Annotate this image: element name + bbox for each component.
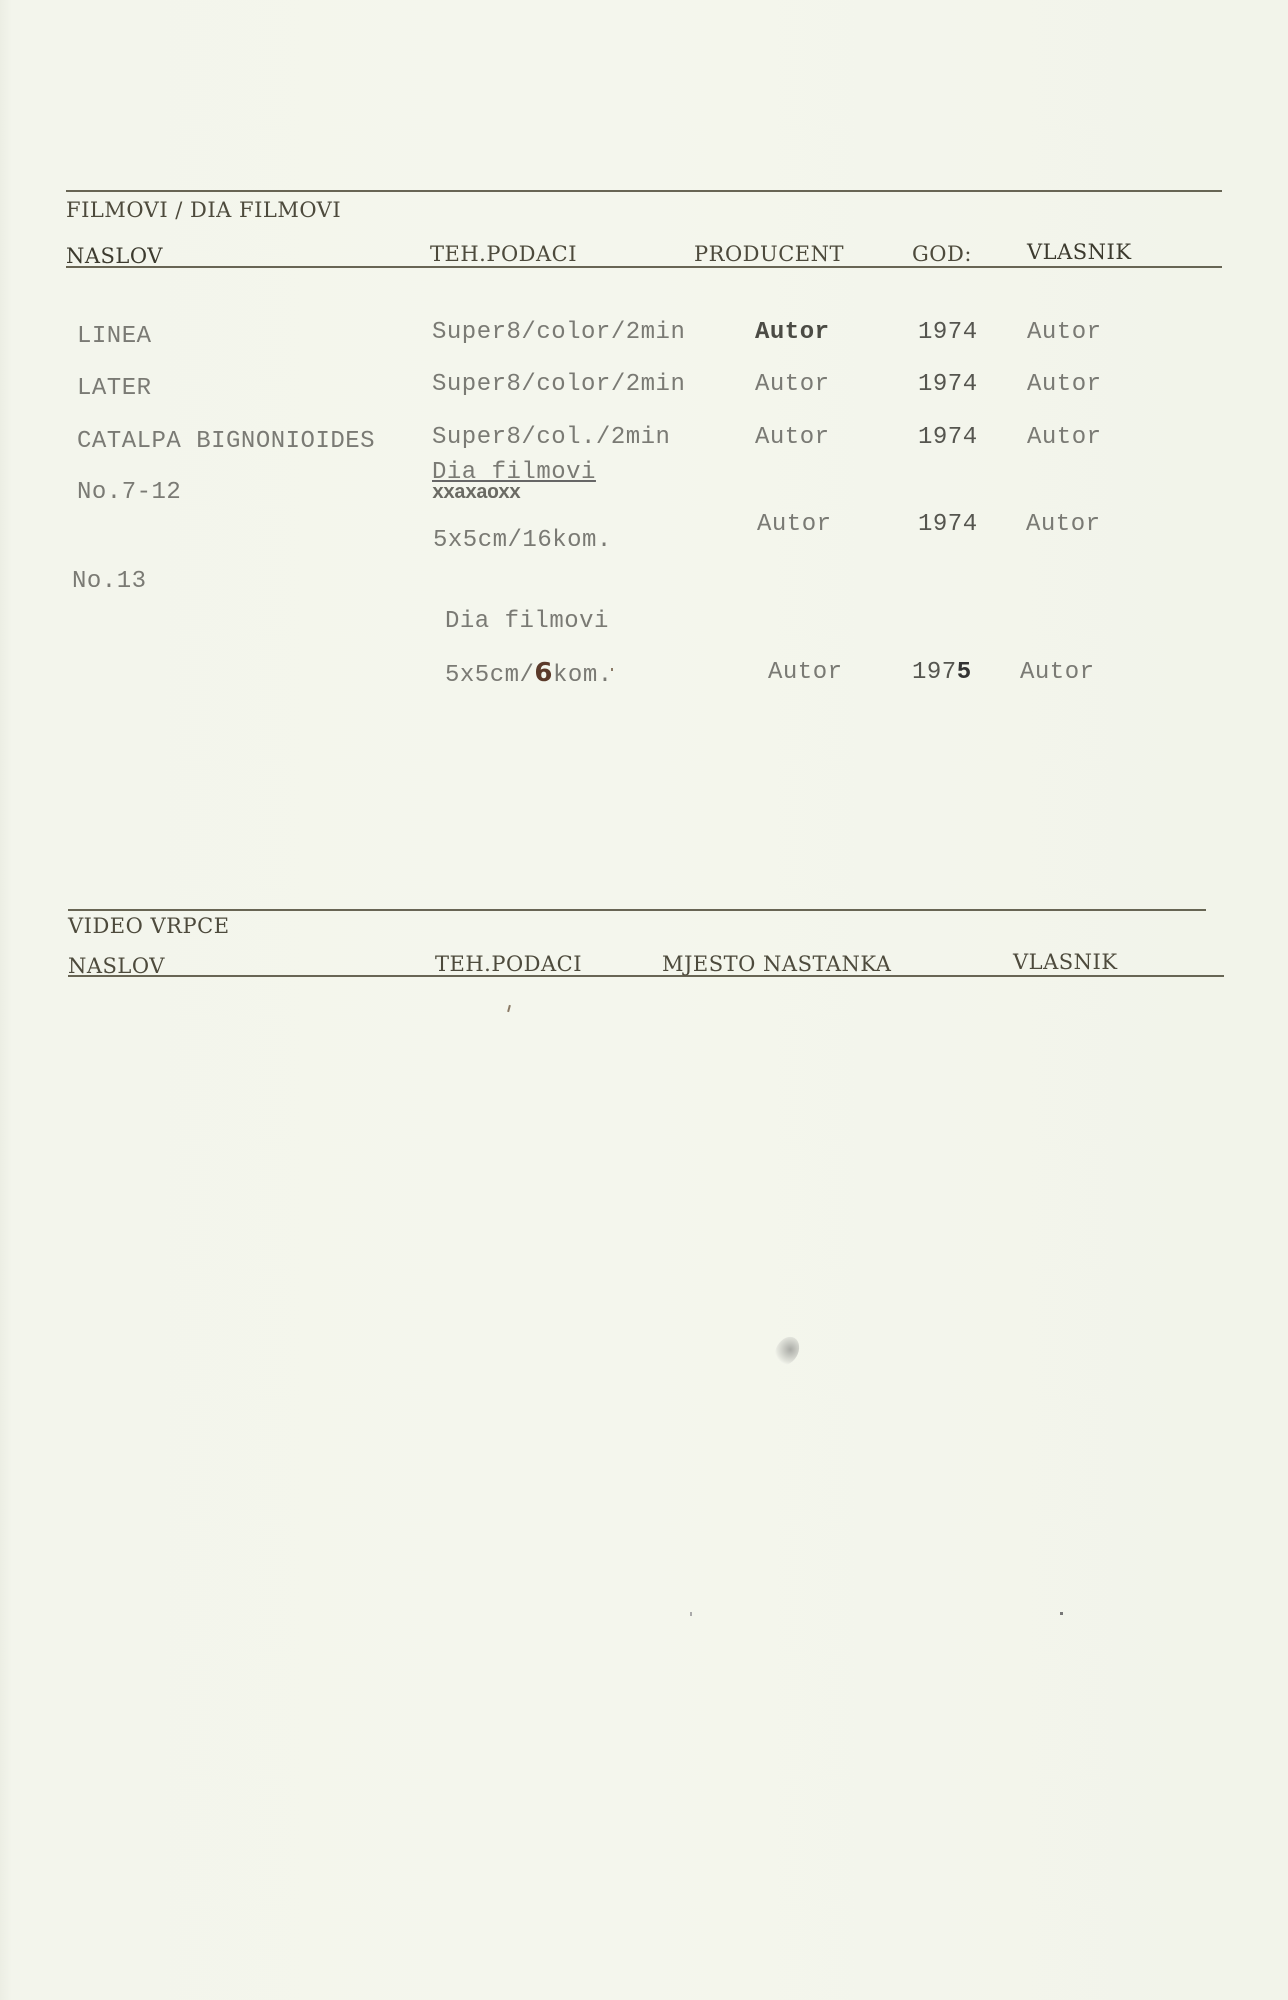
tech-prefix: 5x5cm/ [445, 662, 534, 689]
year-corrected-digit: 5 [957, 659, 972, 686]
row-tech-line2: 5x5cm/6kom. [445, 659, 613, 690]
handwritten-correction: 6 [534, 658, 553, 688]
row-tech: Super8/col./2min [432, 424, 670, 452]
row-title: LINEA [77, 323, 152, 351]
row-tech: Super8/color/2min [432, 371, 685, 399]
paper-speck [507, 1005, 511, 1012]
row-tech-line2: 5x5cm/16kom. [433, 527, 612, 555]
video-column-header-owner: VLASNIK [1013, 948, 1118, 976]
row-tech-struck-text: xxaxaoxx [432, 480, 520, 508]
section-title-films: FILMOVI / DIA FILMOVI [66, 196, 341, 224]
column-header-owner: VLASNIK [1027, 238, 1132, 266]
row-year: 1975 [912, 659, 972, 687]
row-year: 1974 [918, 371, 978, 399]
row-owner: Autor [1027, 424, 1102, 452]
row-producer: Autor [755, 371, 830, 399]
row-year: 1974 [918, 511, 978, 539]
tech-suffix: kom. [553, 662, 613, 689]
row-producer: Autor [768, 659, 843, 687]
row-owner: Autor [1026, 511, 1101, 539]
column-header-producer: PRODUCENT [694, 240, 844, 268]
typed-document-page: FILMOVI / DIA FILMOVI NASLOV TEH.PODACI … [0, 0, 1288, 2000]
row-owner: Autor [1027, 371, 1102, 399]
row-producer-overtyped: Autor [755, 319, 830, 347]
video-column-header-tech: TEH.PODACI [435, 950, 582, 978]
column-header-year: GOD: [912, 240, 972, 268]
paper-speck [1060, 1612, 1063, 1615]
column-header-tech: TEH.PODACI [430, 240, 577, 268]
row-year: 1974 [918, 319, 978, 347]
paper-speck [690, 1612, 692, 1616]
row-tech-line1: Dia filmovi [445, 608, 609, 636]
row-owner: Autor [1020, 659, 1095, 687]
section-title-video: VIDEO VRPCE [68, 912, 230, 940]
row-title: CATALPA BIGNONIOIDES [77, 428, 375, 456]
row-title: No.13 [72, 568, 147, 596]
row-title: No.7-12 [77, 479, 181, 507]
paper-speck [611, 668, 613, 671]
header-bottom-rule [66, 266, 1222, 268]
row-producer: Autor [757, 511, 832, 539]
year-prefix: 197 [912, 659, 957, 686]
video-column-header-place: MJESTO NASTANKA [662, 950, 891, 978]
row-title: LATER [77, 375, 152, 403]
row-tech: Super8/color/2min [432, 319, 685, 347]
row-owner: Autor [1027, 319, 1102, 347]
section-top-rule [66, 190, 1222, 192]
video-header-bottom-rule [68, 975, 1224, 977]
pencil-smudge [770, 1333, 804, 1370]
video-section-top-rule [68, 909, 1206, 911]
row-producer: Autor [755, 424, 830, 452]
row-year: 1974 [918, 424, 978, 452]
